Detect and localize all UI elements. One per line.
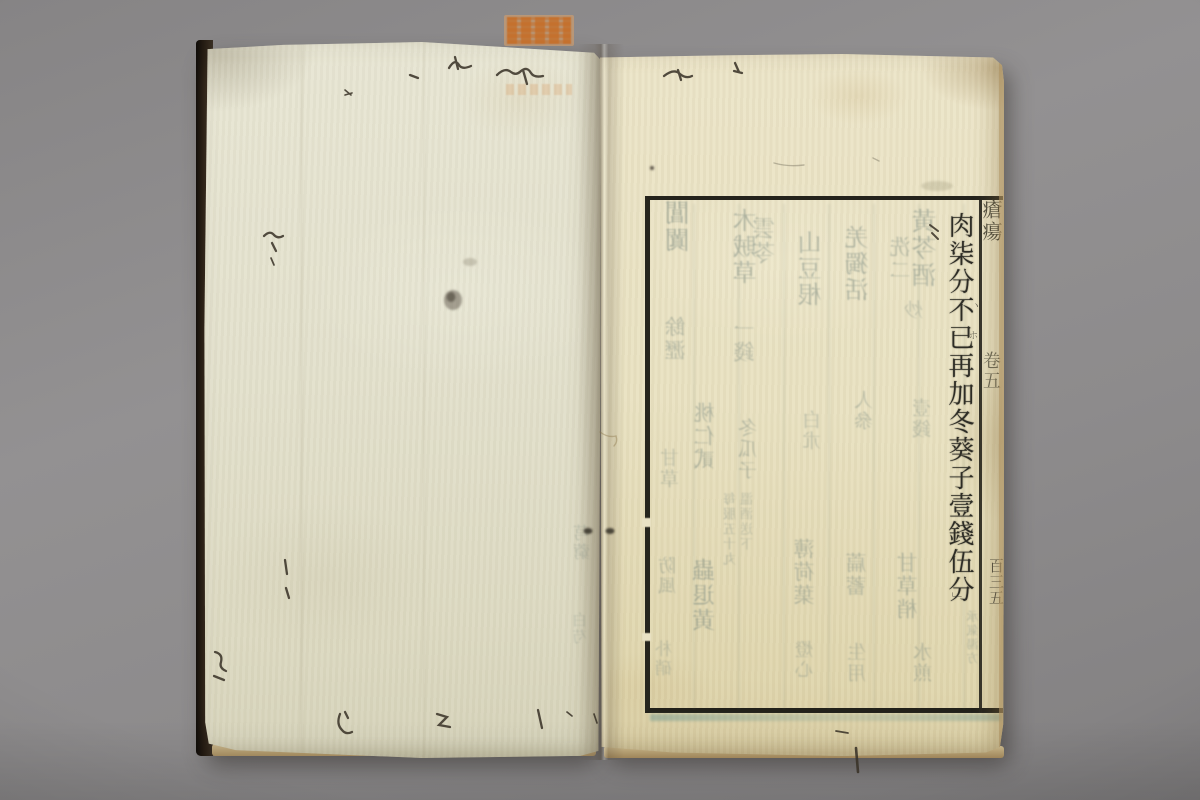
right-page-printed: 肉柒分不已再加冬葵子壹錢伍分 瘡瘍 卷五 百三五 [600, 54, 1004, 756]
watermark-stamp-faint [506, 84, 572, 95]
photo-backdrop: 肉柒分不已再加冬葵子壹錢伍分 瘡瘍 卷五 百三五 黃芩酒洗二炒壹錢甘草梢水煎羌獨… [0, 0, 1200, 800]
photo-vignette [0, 0, 1200, 800]
banxin-page-number: 百三五 [988, 558, 1003, 606]
printed-border-frame [645, 196, 1003, 713]
bleedthrough-layer: 黃芩酒洗二炒壹錢甘草梢水煎羌獨活人叅萹蓄生用山豆根白朮薄荷葉燈心雲苓木賊草一錢冬… [0, 0, 1200, 800]
column-rules-showthrough [650, 204, 974, 709]
frame-border-gap [642, 518, 651, 527]
banxin-divider-line [979, 200, 982, 713]
frame-border-gap [642, 633, 651, 641]
banxin-volume-label: 卷五 [981, 351, 999, 391]
left-page-blank [204, 42, 600, 758]
banxin-title: 瘡瘍 [981, 199, 1001, 243]
printed-text-column: 肉柒分不已再加冬葵子壹錢伍分 [946, 212, 972, 604]
watermark-stamp [504, 15, 574, 46]
kunten-layer: ヽホ」 [0, 0, 1200, 800]
teal-ink-smear [650, 714, 1002, 721]
ink-stains [0, 0, 1200, 800]
